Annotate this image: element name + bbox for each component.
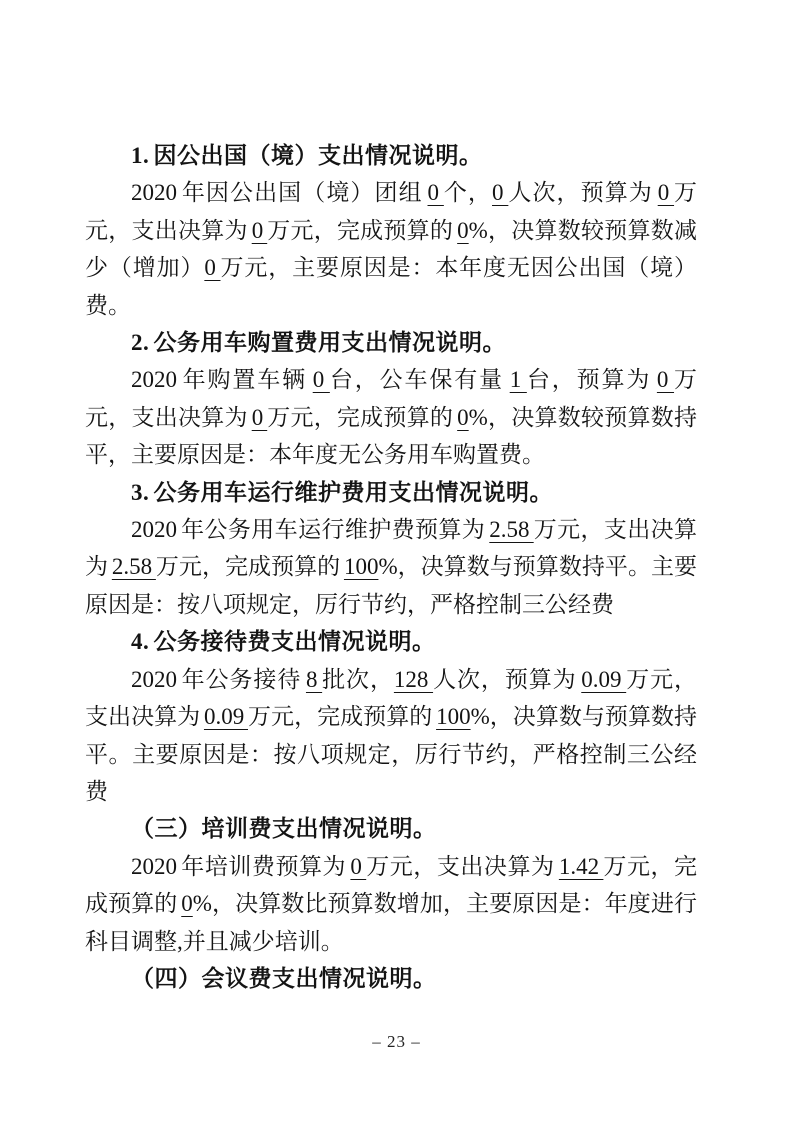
underlined-value: 2.58 (489, 517, 533, 542)
underlined-value: 0 (658, 180, 674, 205)
section-paragraph: 2020 年因公出国（境）团组 0 个，0 人次，预算为 0 万元，支出决算为 … (85, 174, 697, 324)
underlined-value: 0.09 (581, 667, 626, 692)
text-run: 人次，预算为 (508, 180, 657, 205)
page-footer: – 23 – (0, 1032, 793, 1052)
text-run: 台，预算为 (527, 367, 657, 392)
section-heading: （四）会议费支出情况说明。 (85, 960, 697, 997)
text-run: 2020 年公务用车运行维护费预算为 (131, 517, 489, 542)
underlined-value: 0 (428, 180, 444, 205)
document-body: 1. 因公出国（境）支出情况说明。2020 年因公出国（境）团组 0 个，0 人… (85, 137, 697, 997)
text-run: 万元，完成预算的 (267, 405, 457, 430)
text-run: 2020 年因公出国（境）团组 (131, 180, 428, 205)
section-heading: （三）培训费支出情况说明。 (85, 810, 697, 847)
text-run: 批次， (322, 667, 394, 692)
section-heading: 3. 公务用车运行维护费用支出情况说明。 (85, 474, 697, 511)
underlined-value: 0 (313, 367, 330, 392)
text-run: 台，公车保有量 (330, 367, 510, 392)
text-run: 万元，支出决算为 (366, 854, 559, 879)
section-paragraph: 2020 年培训费预算为 0 万元，支出决算为 1.42 万元，完成预算的 0%… (85, 848, 697, 960)
text-run: 2020 年公务接待 (131, 667, 306, 692)
underlined-value: 1.42 (559, 854, 604, 879)
underlined-value: 0 (457, 405, 469, 430)
text-run: 个， (444, 180, 492, 205)
underlined-value: 0 (457, 218, 469, 243)
underlined-value: 1 (510, 367, 527, 392)
section-heading: 1. 因公出国（境）支出情况说明。 (85, 137, 697, 174)
underlined-value: 0 (204, 255, 220, 280)
underlined-value: 8 (306, 667, 322, 692)
underlined-value: 0 (350, 854, 366, 879)
text-run: 人次，预算为 (433, 667, 581, 692)
section-heading: 2. 公务用车购置费用支出情况说明。 (85, 324, 697, 361)
section-paragraph: 2020 年公务接待 8 批次，128 人次，预算为 0.09 万元，支出决算为… (85, 661, 697, 811)
underlined-value: 0 (492, 180, 508, 205)
underlined-value: 0 (252, 405, 268, 430)
section-paragraph: 2020 年购置车辆 0 台，公车保有量 1 台，预算为 0 万元，支出决算为 … (85, 361, 697, 473)
underlined-value: 2.58 (112, 554, 156, 579)
page-number: – 23 – (372, 1032, 421, 1051)
text-run: 万元，完成预算的 (267, 218, 457, 243)
underlined-value: 128 (394, 667, 433, 692)
underlined-value: 0 (252, 218, 268, 243)
text-run: 2020 年购置车辆 (131, 367, 313, 392)
underlined-value: 100 (436, 704, 471, 729)
document-page: 1. 因公出国（境）支出情况说明。2020 年因公出国（境）团组 0 个，0 人… (0, 0, 793, 1122)
section-paragraph: 2020 年公务用车运行维护费预算为 2.58 万元，支出决算为 2.58 万元… (85, 511, 697, 623)
underlined-value: 0 (181, 891, 193, 916)
text-run: 万元，完成预算的 (248, 704, 436, 729)
text-run: 万元，完成预算的 (156, 554, 344, 579)
text-run: 2020 年培训费预算为 (131, 854, 350, 879)
underlined-value: 0.09 (204, 704, 248, 729)
underlined-value: 100 (344, 554, 379, 579)
section-heading: 4. 公务接待费支出情况说明。 (85, 623, 697, 660)
underlined-value: 0 (657, 367, 674, 392)
